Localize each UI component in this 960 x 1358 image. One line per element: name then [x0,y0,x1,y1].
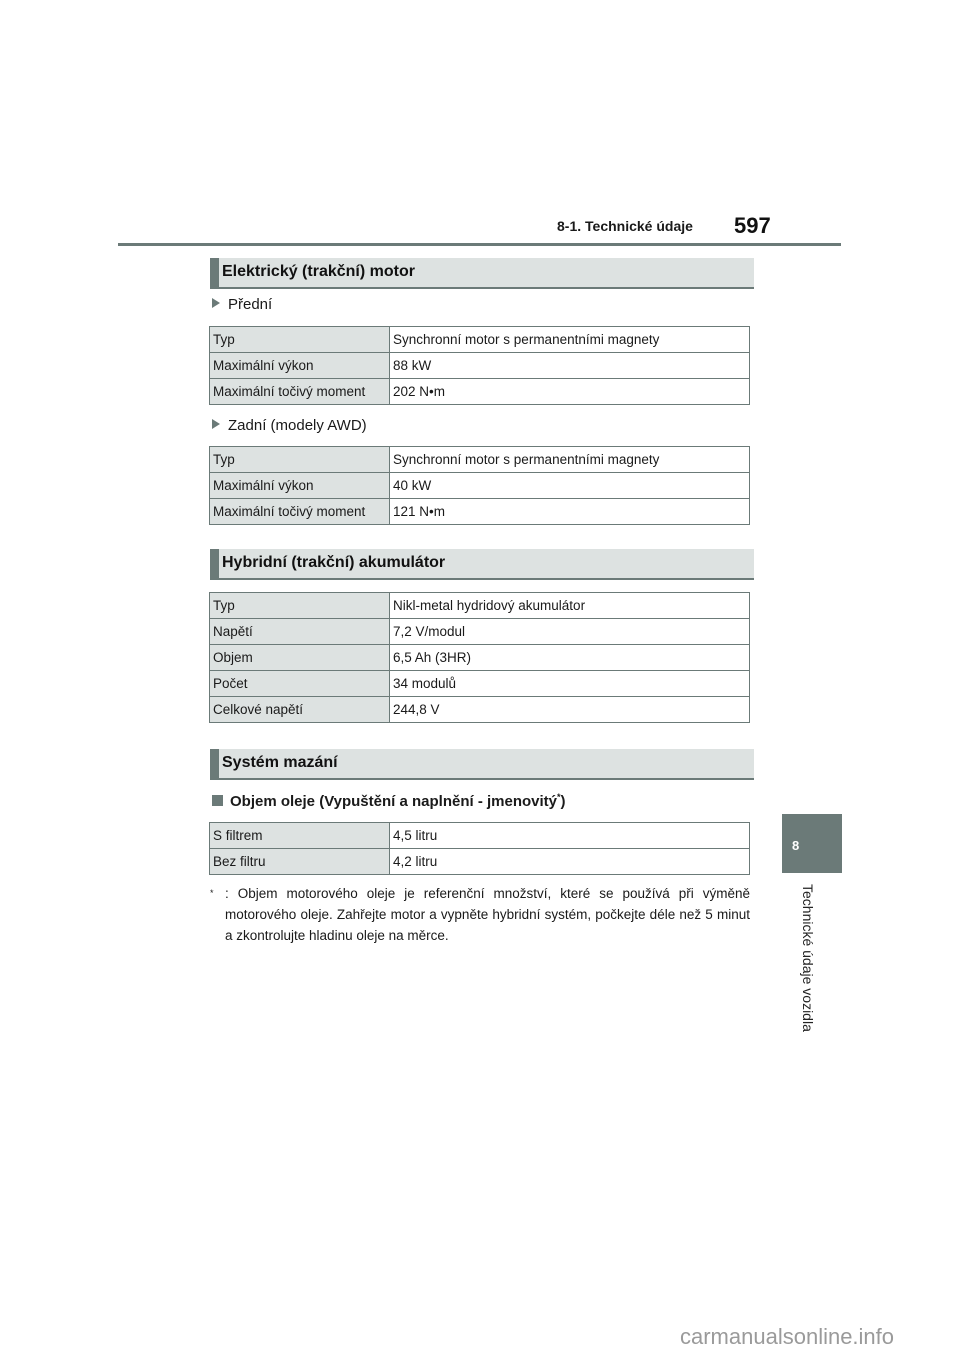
row-value: Synchronní motor s permanentními magnety [390,327,750,353]
square-bullet-icon [212,795,223,806]
row-value: 202 N•m [390,379,750,405]
table-battery: TypNikl-metal hydridový akumulátor Napět… [209,592,750,723]
row-value: 40 kW [390,473,750,499]
page-number: 597 [734,213,771,239]
table-row: Bez filtru4,2 litru [210,849,750,875]
table-row: S filtrem4,5 litru [210,823,750,849]
row-key: Typ [210,593,390,619]
section-heading-text: Systém mazání [222,754,338,772]
subheading-text: Přední [228,296,272,313]
table-front-motor: TypSynchronní motor s permanentními magn… [209,326,750,405]
section-heading-battery: Hybridní (trakční) akumulátor [210,549,754,580]
table-row: Napětí7,2 V/modul [210,619,750,645]
row-key: Typ [210,447,390,473]
row-value: 7,2 V/modul [390,619,750,645]
footnote: * : Objem motorového oleje je referenční… [210,883,750,946]
row-value: 6,5 Ah (3HR) [390,645,750,671]
row-key: Maximální výkon [210,473,390,499]
row-key: S filtrem [210,823,390,849]
table-oil-capacity: S filtrem4,5 litru Bez filtru4,2 litru [209,822,750,875]
row-value: 88 kW [390,353,750,379]
watermark: carmanualsonline.info [680,1324,894,1350]
footnote-text: : Objem motorového oleje je referenční m… [225,883,750,946]
row-key: Počet [210,671,390,697]
row-value: 34 modulů [390,671,750,697]
header-divider [118,243,841,246]
triangle-bullet-icon [212,298,220,308]
subheading-text: Objem oleje (Vypuštění a naplnění - jmen… [230,793,557,810]
table-row: TypSynchronní motor s permanentními magn… [210,447,750,473]
subheading-rear: Zadní (modely AWD) [212,417,367,434]
section-heading-lubrication: Systém mazání [210,749,754,780]
table-row: Maximální točivý moment202 N•m [210,379,750,405]
row-key: Maximální výkon [210,353,390,379]
row-key: Objem [210,645,390,671]
row-value: 244,8 V [390,697,750,723]
row-value: Synchronní motor s permanentními magnety [390,447,750,473]
chapter-tab: 8 [782,814,842,873]
running-header-section: 8-1. Technické údaje [557,218,693,234]
subheading-text-end: ) [561,793,566,810]
footnote-marker: * [210,883,214,904]
chapter-side-title: Technické údaje vozidla [800,884,816,1032]
row-key: Celkové napětí [210,697,390,723]
row-value: 4,5 litru [390,823,750,849]
table-row: Celkové napětí244,8 V [210,697,750,723]
section-heading-motor: Elektrický (trakční) motor [210,258,754,289]
table-row: Maximální točivý moment121 N•m [210,499,750,525]
chapter-number: 8 [792,838,799,853]
table-row: TypNikl-metal hydridový akumulátor [210,593,750,619]
table-row: Maximální výkon40 kW [210,473,750,499]
row-key: Maximální točivý moment [210,379,390,405]
row-value: 4,2 litru [390,849,750,875]
table-row: Maximální výkon88 kW [210,353,750,379]
row-value: Nikl-metal hydridový akumulátor [390,593,750,619]
section-heading-text: Elektrický (trakční) motor [222,263,415,281]
triangle-bullet-icon [212,419,220,429]
row-key: Typ [210,327,390,353]
subheading-front: Přední [212,296,272,313]
table-row: Počet34 modulů [210,671,750,697]
table-row: TypSynchronní motor s permanentními magn… [210,327,750,353]
section-heading-text: Hybridní (trakční) akumulátor [222,554,445,572]
row-key: Maximální točivý moment [210,499,390,525]
row-value: 121 N•m [390,499,750,525]
subheading-oil-capacity: Objem oleje (Vypuštění a naplnění - jmen… [212,792,566,810]
subheading-text: Zadní (modely AWD) [228,417,367,434]
table-row: Objem6,5 Ah (3HR) [210,645,750,671]
row-key: Bez filtru [210,849,390,875]
row-key: Napětí [210,619,390,645]
table-rear-motor: TypSynchronní motor s permanentními magn… [209,446,750,525]
